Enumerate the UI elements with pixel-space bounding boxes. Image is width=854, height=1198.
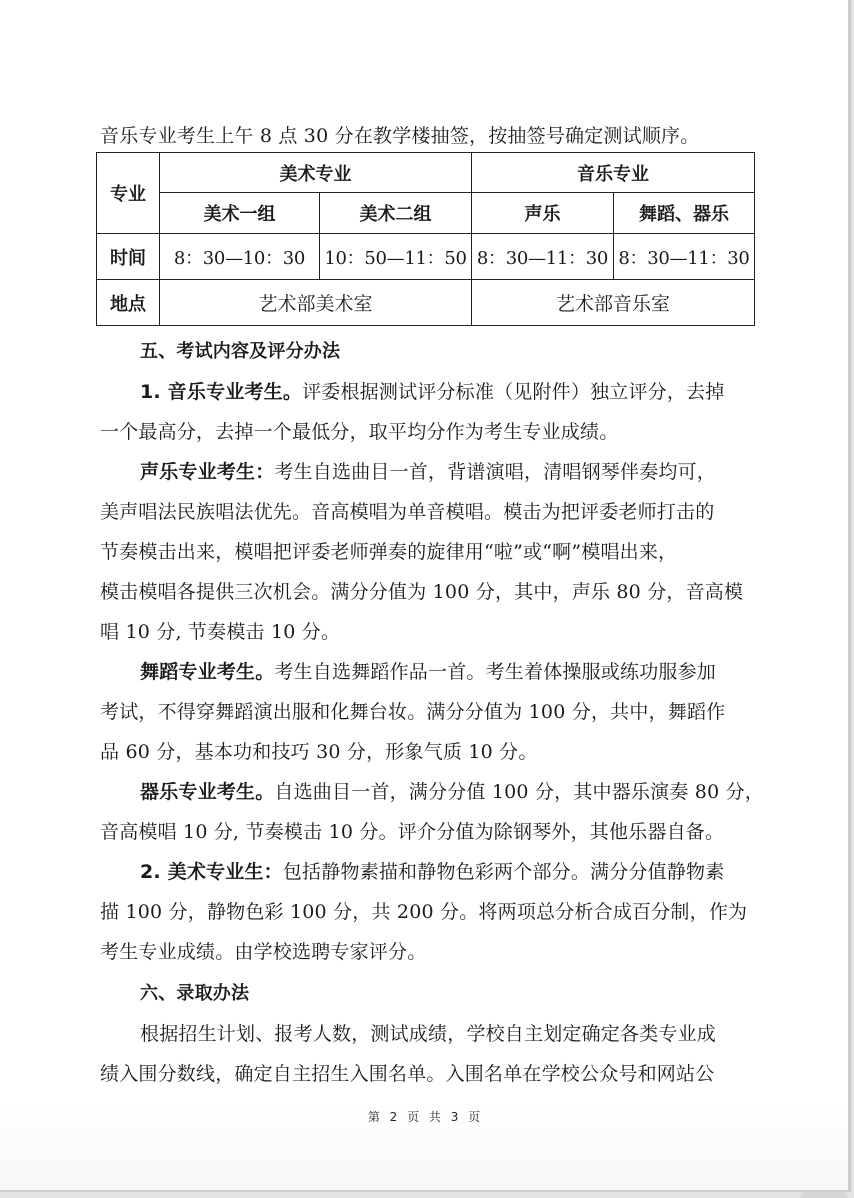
instrument-lead: 器乐专业考生。 — [140, 781, 274, 803]
music-paragraph-line1: 1. 音乐专业考生。评委根据测试评分标准（见附件）独立评分，去掉 — [140, 380, 754, 404]
instrument-line1-text: 自选曲目一首，满分分值 100 分，其中器乐演奏 80 分， — [274, 781, 764, 803]
table-row-subgroups: 美术一组 美术二组 声乐 舞蹈、器乐 — [97, 193, 755, 234]
vocal-line1-text: 考生自选曲目一首，背谱演唱，清唱钢琴伴奏均可， — [274, 461, 716, 483]
art-paragraph-line1: 2. 美术专业生：包括静物素描和静物色彩两个部分。满分分值静物素 — [140, 860, 754, 884]
dance-paragraph-line2: 考试，不得穿舞蹈演出服和化舞台妆。满分分值为 100 分，共中，舞蹈作 — [100, 700, 754, 724]
vocal-paragraph-line5: 唱 10 分, 节奏模击 10 分。 — [100, 620, 754, 644]
vocal-paragraph-line2: 美声唱法民族唱法优先。音高模唱为单音模唱。模击为把评委老师打击的 — [100, 500, 754, 524]
music-lead: 1. 音乐专业考生。 — [140, 381, 302, 403]
place-art: 艺术部美术室 — [160, 280, 472, 326]
vocal-lead: 声乐专业考生： — [140, 461, 274, 483]
section6-heading: 六、录取办法 — [140, 982, 754, 1006]
page-number-footer: 第 2 页 共 3 页 — [0, 1108, 851, 1125]
instrument-paragraph-line1: 器乐专业考生。自选曲目一首，满分分值 100 分，其中器乐演奏 80 分， — [140, 780, 754, 804]
section5-heading: 五、考试内容及评分办法 — [140, 340, 754, 364]
art-line1-text: 包括静物素描和静物色彩两个部分。满分分值静物素 — [283, 861, 725, 883]
place-music: 艺术部音乐室 — [472, 280, 755, 326]
scrollbar-thumb[interactable] — [800, 1192, 848, 1198]
vocal-paragraph-line1: 声乐专业考生：考生自选曲目一首，背谱演唱，清唱钢琴伴奏均可， — [140, 460, 754, 484]
time-dance-instrument: 8：30—11：30 — [614, 234, 755, 280]
table-row-major: 专业 美术专业 音乐专业 — [97, 153, 755, 193]
time-art-1: 8：30—10：30 — [160, 234, 320, 280]
subgroup-vocal: 声乐 — [472, 193, 614, 234]
time-vocal: 8：30—11：30 — [472, 234, 614, 280]
dance-paragraph-line1: 舞蹈专业考生。考生自选舞蹈作品一首。考生着体操服或练功服参加 — [140, 660, 754, 684]
table-row-place: 地点 艺术部美术室 艺术部音乐室 — [97, 280, 755, 326]
time-art-2: 10：50—11：50 — [320, 234, 472, 280]
document-page: 音乐专业考生上午 8 点 30 分在教学楼抽签，按抽签号确定测试顺序。 专业 美… — [0, 0, 851, 1192]
vocal-paragraph-line4: 模击模唱各提供三次机会。满分分值为 100 分，其中，声乐 80 分，音高模 — [100, 580, 754, 604]
music-line1-text: 评委根据测试评分标准（见附件）独立评分，去掉 — [302, 381, 724, 403]
admission-paragraph-line1: 根据招生计划、报考人数，测试成绩，学校自主划定确定各类专业成 — [140, 1022, 754, 1046]
music-paragraph-line2: 一个最高分，去掉一个最低分，取平均分作为考生专业成绩。 — [100, 420, 754, 444]
instrument-paragraph-line2: 音高模唱 10 分, 节奏模击 10 分。评介分值为除钢琴外，其他乐器自备。 — [100, 820, 754, 844]
art-lead: 2. 美术专业生： — [140, 861, 283, 883]
intro-line: 音乐专业考生上午 8 点 30 分在教学楼抽签，按抽签号确定测试顺序。 — [100, 124, 754, 148]
subgroup-dance-instrument: 舞蹈、器乐 — [614, 193, 755, 234]
art-paragraph-line2: 描 100 分，静物色彩 100 分，共 200 分。将两项总分析合成百分制，作… — [100, 900, 754, 924]
admission-paragraph-line2: 绩入围分数线，确定自主招生入围名单。入围名单在学校公众号和网站公 — [100, 1062, 754, 1086]
art-paragraph-line3: 考生专业成绩。由学校选聘专家评分。 — [100, 940, 754, 964]
group-header-art: 美术专业 — [160, 153, 472, 193]
table-row-time: 时间 8：30—10：30 10：50—11：50 8：30—11：30 8：3… — [97, 234, 755, 280]
subgroup-art-1: 美术一组 — [160, 193, 320, 234]
dance-paragraph-line3: 品 60 分，基本功和技巧 30 分，形象气质 10 分。 — [100, 740, 754, 764]
subgroup-art-2: 美术二组 — [320, 193, 472, 234]
dance-line1-text: 考生自选舞蹈作品一首。考生着体操服或练功服参加 — [274, 661, 716, 683]
exam-schedule-table: 专业 美术专业 音乐专业 美术一组 美术二组 声乐 舞蹈、器乐 时间 8：30—… — [96, 152, 755, 326]
group-header-music: 音乐专业 — [472, 153, 755, 193]
dance-lead: 舞蹈专业考生。 — [140, 661, 274, 683]
row-header-time: 时间 — [97, 234, 160, 280]
row-header-major: 专业 — [97, 153, 160, 234]
row-header-place: 地点 — [97, 280, 160, 326]
vocal-paragraph-line3: 节奏模击出来，模唱把评委老师弹奏的旋律用“啦”或“啊”模唱出来， — [100, 540, 754, 564]
